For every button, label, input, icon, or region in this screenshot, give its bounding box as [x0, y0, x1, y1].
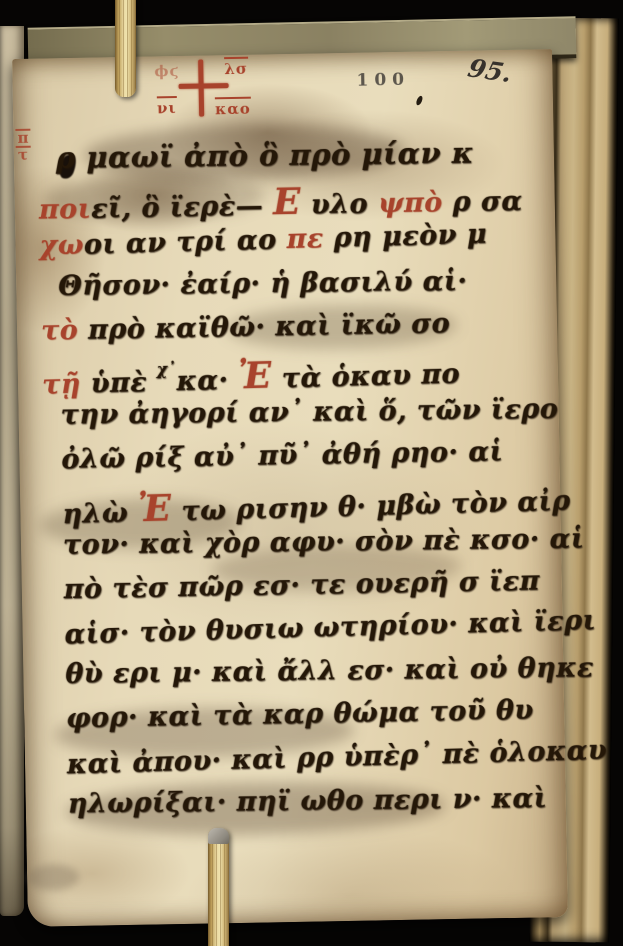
- rubric-text: Ἐ: [238, 354, 273, 397]
- manuscript-text: φορ· καὶ τὰ καρ θώμα τοῦ θυ: [66, 695, 534, 735]
- rubric-text: τὸ: [41, 315, 79, 347]
- cross-letter-top-right: λσ: [224, 57, 248, 78]
- manuscript-text: ρ μαωϊ ἀπὸ ὃ πρὸ μίαν κ: [56, 136, 474, 175]
- manuscript-text: τον· καὶ χὸρ αφυ· σὸν πὲ κσο· αἱ: [63, 523, 585, 560]
- rubric-text: ψπὸ: [378, 187, 443, 219]
- marginal-sign-bottom: τ: [16, 146, 31, 163]
- manuscript-text: Θῆσον· ἐαίρ· ἡ βασιλύ αἱ·: [58, 265, 467, 301]
- manuscript-text: ρη μεὸν μ: [323, 219, 487, 254]
- cross-letter-top-left: ϕϛ: [154, 62, 180, 80]
- manuscript-text: ηλωρίξαι· πηϊ ωθο περι ν· καὶ: [68, 783, 548, 820]
- marginal-sign-top: π: [15, 129, 30, 146]
- manuscript-text: θὺ ερι μ· καὶ ἄλλ εσ· καὶ οὐ θηκε: [65, 652, 594, 689]
- manuscript-text: ρ σα: [442, 186, 523, 218]
- manuscript-text: ὑπὲ: [80, 367, 157, 400]
- cross-letter-bottom-right: καο: [215, 97, 251, 119]
- folio-number: 95.: [465, 54, 515, 88]
- marginal-sign: π τ: [15, 129, 31, 163]
- rubric-text: ποι: [39, 194, 92, 226]
- manuscript-text: τω ρισην θ· μβὼ τὸν αἰρ: [171, 485, 571, 527]
- rubric-text: τῇ: [42, 369, 82, 401]
- cross-monogram: ϕϛ λσ νι καο: [140, 56, 281, 129]
- rubric-text: Ε: [273, 181, 302, 224]
- rubric-text: χω: [39, 230, 84, 262]
- cross-horizontal-bar-icon: [179, 83, 229, 89]
- pencil-smudge: [27, 864, 79, 891]
- manuscript-text: την ἀηγορί αν᾽ καὶ ὅ, τῶν ϊερο: [60, 394, 558, 431]
- manuscript-photo: ϕϛ λσ νι καο 100 95. π τ ρ μαωϊ ἀπὸ ὃ πρ…: [0, 0, 623, 946]
- manuscript-text: ηλὼ: [62, 497, 138, 530]
- manuscript-text: εῖ, ὃ ϊερὲ—: [91, 190, 273, 224]
- library-stamp: 100: [356, 70, 410, 91]
- bookmark-stick-top: [115, 0, 136, 97]
- manuscript-text-line: ηλωρίξαι· πηϊ ωθο περι ν· καὶ: [68, 783, 552, 832]
- manuscript-text: ὀλῶ ρίξ αὐ᾽ πῦ᾽ ἀθή ρηο· αἱ: [61, 436, 503, 475]
- manuscript-text: κα·: [176, 364, 239, 397]
- rubric-text: πε: [286, 223, 324, 255]
- manuscript-text: χ᾽: [156, 359, 176, 379]
- manuscript-text: τὰ ὁκαυ πο: [272, 358, 461, 394]
- ink-speck: [415, 95, 424, 106]
- manuscript-text: οι αν τρί αο: [84, 224, 287, 260]
- text-block: ρ μαωϊ ἀπὸ ὃ πρὸ μίαν κποιεῖ, ὃ ϊερὲ— Ε …: [56, 133, 553, 833]
- manuscript-text: υλο: [301, 189, 379, 221]
- bookmark-stick-bottom: [208, 828, 229, 946]
- manuscript-text: πρὸ καϊθῶ· καὶ ϊκῶ σο: [78, 308, 450, 346]
- manuscript-text-line: τον· καὶ χὸρ αφυ· σὸν πὲ κσο· αἱ: [63, 523, 547, 572]
- manuscript-page: ϕϛ λσ νι καο 100 95. π τ ρ μαωϊ ἀπὸ ὃ πρ…: [12, 49, 568, 927]
- cross-letter-bottom-left: νι: [157, 96, 177, 117]
- manuscript-text-line: Θῆσον· ἐαίρ· ἡ βασιλύ αἱ·: [58, 264, 542, 313]
- rubric-text: Ἐ: [137, 487, 172, 530]
- manuscript-text-line: ρ μαωϊ ἀπὸ ὃ πρὸ μίαν κ: [56, 135, 540, 184]
